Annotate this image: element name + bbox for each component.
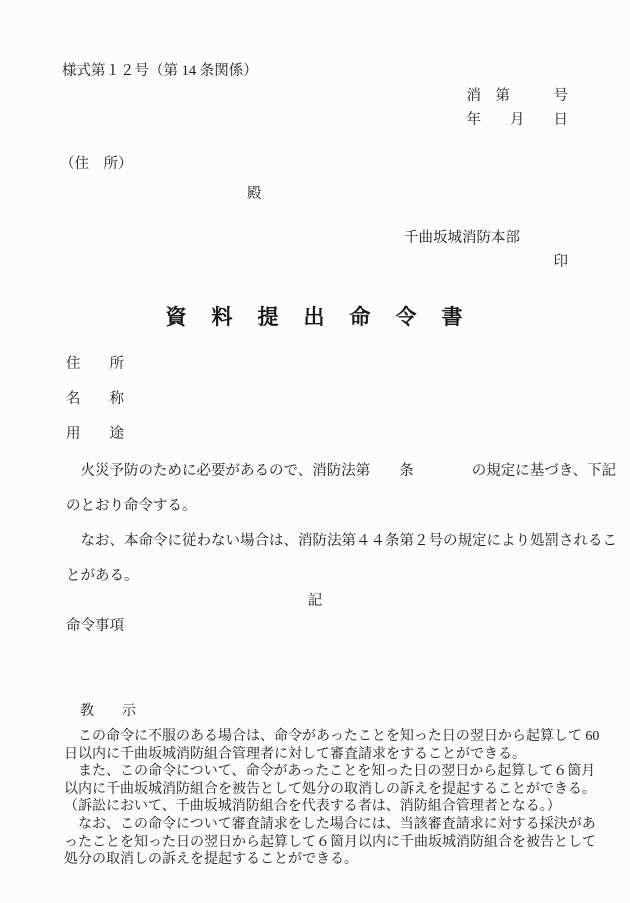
notice-block: この命令に不服のある場合は、命令があったことを知った日の翌日から起算して 60 … (64, 728, 600, 869)
body-paragraph2-line2: とがある。 (66, 568, 139, 585)
body-paragraph1-line1: 火災予防のために必要があるので、消防法第 条 の規定に基づき、下記 (66, 463, 616, 480)
notice-line: 処分の取消しの訴えを提起することができる。 (64, 851, 600, 869)
notice-line: 日以内に千曲坂城消防組合管理者に対して審査請求をすることができる。 (64, 746, 600, 764)
document-page: 様式第１２号（第 14 条関係） 消 第 号 年 月 日 （住 所） 殿 千曲坂… (0, 0, 630, 903)
notice-line: また、この命令について、命令があったことを知った日の翌日から起算して６箇月 (64, 763, 600, 781)
recipient-address-label: （住 所） (60, 156, 133, 173)
date-line: 年 月 日 (467, 112, 569, 129)
recipient-honorific: 殿 (247, 186, 262, 203)
body-paragraph1-line2: のとおり命令する。 (66, 498, 197, 515)
ki-marker: 記 (0, 593, 630, 610)
field-label-address: 住 所 (66, 356, 124, 373)
issuer-organization: 千曲坂城消防本部 (404, 230, 520, 247)
form-number: 様式第１２号（第 14 条関係） (62, 63, 258, 80)
notice-line: この命令に不服のある場合は、命令があったことを知った日の翌日から起算して 60 (64, 728, 600, 746)
notice-line: ったことを知った日の翌日から起算して６箇月以内に千曲坂城消防組合を被告として (64, 834, 600, 852)
field-label-use: 用 途 (66, 426, 124, 443)
body-paragraph2-line1: なお、本命令に従わない場合は、消防法第４４条第２号の規定により処罰されるこ (66, 533, 617, 550)
field-label-name: 名 称 (66, 391, 124, 408)
order-items-label: 命令事項 (66, 618, 124, 635)
document-number-line: 消 第 号 (467, 88, 569, 105)
page-title: 資 料 提 出 命 令 書 (0, 305, 630, 330)
notice-line: 以内に千曲坂城消防組合を被告として処分の取消しの訴えを提起することができる。 (64, 781, 600, 799)
seal-mark: 印 (554, 254, 569, 271)
notice-heading: 教 示 (66, 704, 136, 721)
notice-line: （訴訟において、千曲坂城消防組合を代表する者は、消防組合管理者となる。） (64, 798, 600, 816)
notice-line: なお、この命令について審査請求をした場合には、当該審査請求に対する採決があ (64, 816, 600, 834)
